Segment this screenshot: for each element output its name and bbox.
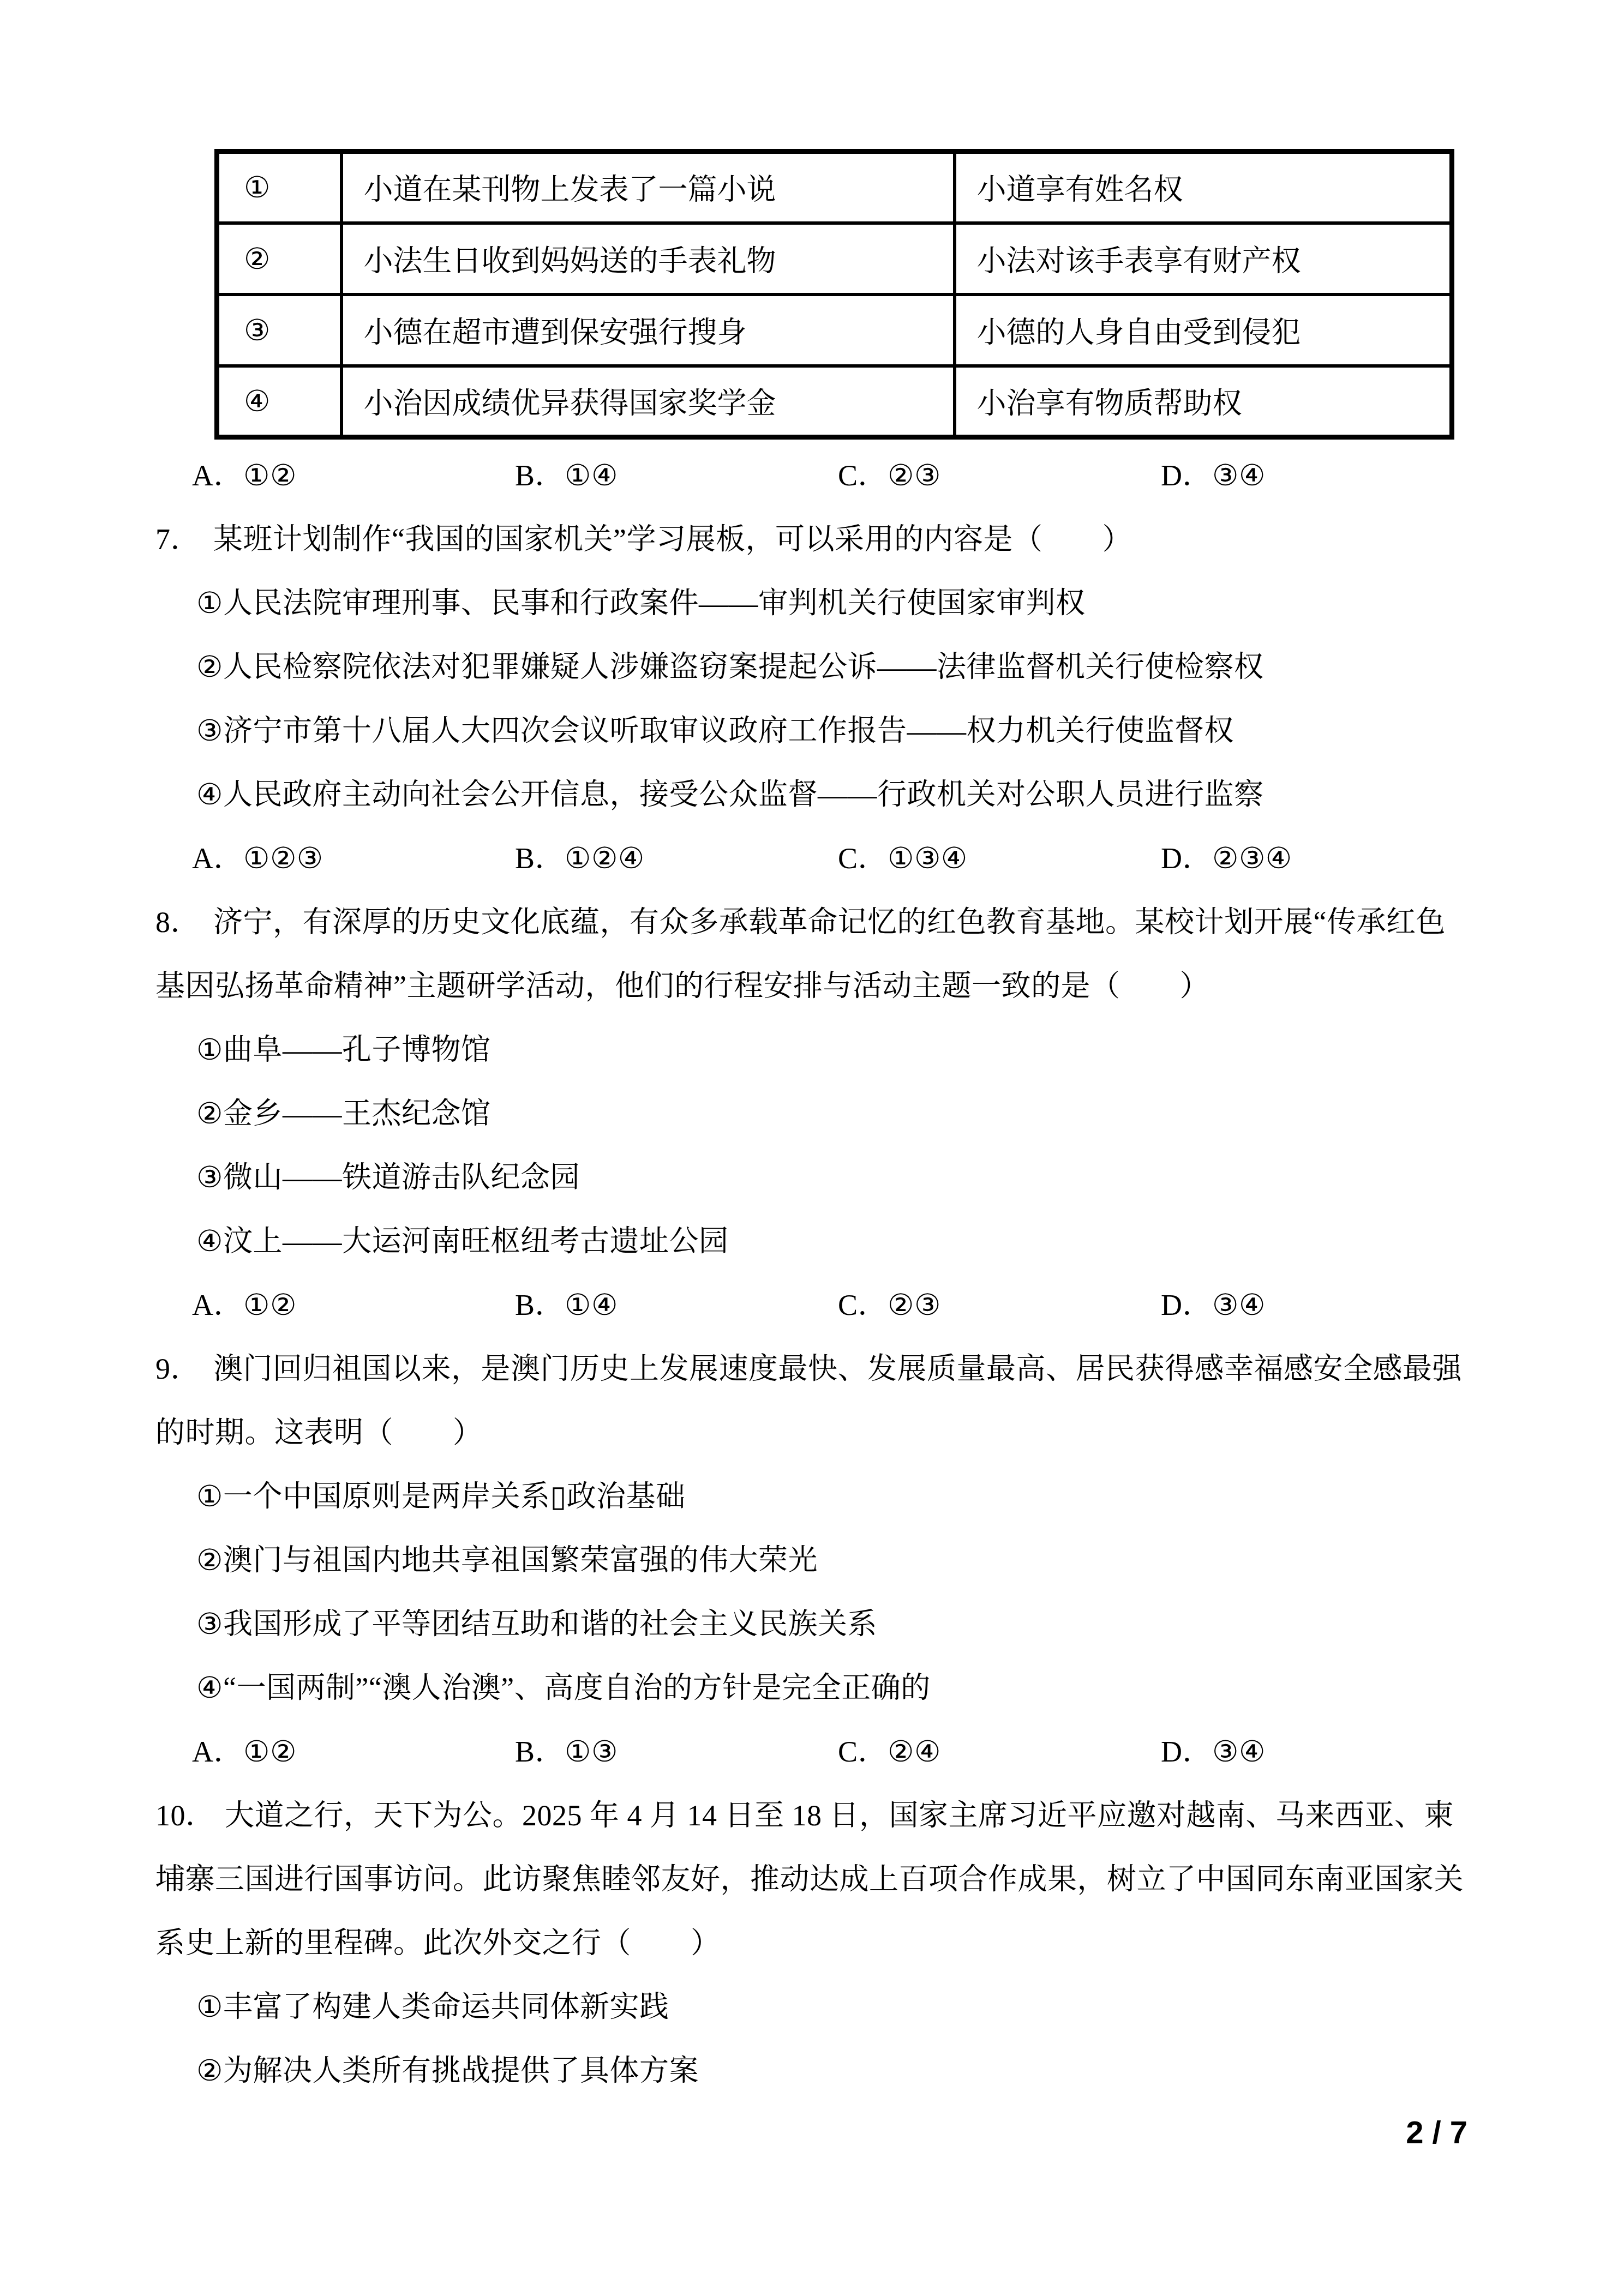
question-10-number: 10． xyxy=(155,1784,225,1847)
question-9-item-3: ③我国形成了平等团结互助和谐的社会主义民族关系 xyxy=(196,1592,877,1656)
option-c: C．②③ xyxy=(838,444,1161,507)
option-d: D．③④ xyxy=(1161,444,1266,507)
option-b: B．①④ xyxy=(515,444,838,507)
option-a: A．①② xyxy=(192,444,515,507)
question-9-stem-text: 澳门回归祖国以来，是澳门历史上发展速度最快、发展质量最高、居民获得感幸福感安全感… xyxy=(213,1353,1462,1385)
option-d: D．③④ xyxy=(1161,1273,1266,1337)
question-7-item-2: ②人民检察院依法对犯罪嫌疑人涉嫌盗窃案提起公诉——法律监督机关行使检察权 xyxy=(196,635,1263,699)
judgment-cell: 小道享有姓名权 xyxy=(955,152,1452,223)
question-9-item-1: ①一个中国原则是两岸关系▯政治基础 xyxy=(196,1465,686,1528)
table-row: ③ 小德在超市遭到保安强行搜身 小德的人身自由受到侵犯 xyxy=(217,294,1452,366)
question-8-item-2: ②金乡——王杰纪念馆 xyxy=(196,1082,490,1145)
option-a: A．①②③ xyxy=(192,827,515,890)
question-8-stem-line-2: 基因弘扬革命精神”主题研学活动，他们的行程安排与活动主题一致的是（ ） xyxy=(155,954,1209,1018)
page-number: 2 / 7 xyxy=(1406,2114,1467,2151)
question-9-item-2: ②澳门与祖国内地共享祖国繁荣富强的伟大荣光 xyxy=(196,1529,818,1592)
options-row-q7: A．①②③B．①②④C．①③④D．②③④ xyxy=(192,827,1292,890)
exam-document-page: ① 小道在某刊物上发表了一篇小说 小道享有姓名权 ② 小法生日收到妈妈送的手表礼… xyxy=(0,0,1624,2296)
rights-matching-table: ① 小道在某刊物上发表了一篇小说 小道享有姓名权 ② 小法生日收到妈妈送的手表礼… xyxy=(214,149,1454,440)
question-10-stem-line-3: 系史上新的里程碑。此次外交之行（ ） xyxy=(155,1912,721,1975)
scenario-cell: 小道在某刊物上发表了一篇小说 xyxy=(341,152,955,223)
question-10-item-2: ②为解决人类所有挑战提供了具体方案 xyxy=(196,2039,699,2102)
judgment-cell: 小法对该手表享有财产权 xyxy=(955,223,1452,294)
question-8-number: 8． xyxy=(155,891,213,954)
question-8-item-3: ③微山——铁道游击队纪念园 xyxy=(196,1146,580,1209)
question-7-item-3: ③济宁市第十八届人大四次会议听取审议政府工作报告——权力机关行使监督权 xyxy=(196,699,1234,762)
option-c: C．②③ xyxy=(838,1273,1161,1337)
question-9-number: 9． xyxy=(155,1337,213,1401)
page-content: ① 小道在某刊物上发表了一篇小说 小道享有姓名权 ② 小法生日收到妈妈送的手表礼… xyxy=(155,0,1476,2296)
scenario-cell: 小法生日收到妈妈送的手表礼物 xyxy=(341,223,955,294)
question-7-item-1: ①人民法院审理刑事、民事和行政案件——审判机关行使国家审判权 xyxy=(196,572,1085,635)
table-row: ① 小道在某刊物上发表了一篇小说 小道享有姓名权 xyxy=(217,152,1452,223)
option-b: B．①②④ xyxy=(515,827,838,890)
option-c: C．①③④ xyxy=(838,827,1161,890)
question-7-stem-text: 某班计划制作“我国的国家机关”学习展板，可以采用的内容是（ ） xyxy=(213,523,1132,556)
option-b: B．①③ xyxy=(515,1720,838,1783)
question-10-stem-text: 大道之行，天下为公。2025 年 4 月 14 日至 18 日，国家主席习近平应… xyxy=(225,1799,1454,1832)
options-row-q6: A．①②B．①④C．②③D．③④ xyxy=(192,444,1266,507)
question-9-item-4: ④“一国两制”“澳人治澳”、高度自治的方针是完全正确的 xyxy=(196,1656,931,1720)
question-8-item-4: ④汶上——大运河南旺枢纽考古遗址公园 xyxy=(196,1210,728,1273)
row-number-cell: ① xyxy=(217,152,341,223)
question-8-stem-line-1: 8．济宁，有深厚的历史文化底蕴，有众多承载革命记忆的红色教育基地。某校计划开展“… xyxy=(155,891,1446,954)
scenario-cell: 小治因成绩优异获得国家奖学金 xyxy=(341,366,955,437)
question-7-item-4: ④人民政府主动向社会公开信息，接受公众监督——行政机关对公职人员进行监察 xyxy=(196,763,1263,826)
question-10-item-1: ①丰富了构建人类命运共同体新实践 xyxy=(196,1975,669,2039)
judgment-cell: 小治享有物质帮助权 xyxy=(955,366,1452,437)
table-row: ② 小法生日收到妈妈送的手表礼物 小法对该手表享有财产权 xyxy=(217,223,1452,294)
row-number-cell: ④ xyxy=(217,366,341,437)
question-10-stem-line-1: 10．大道之行，天下为公。2025 年 4 月 14 日至 18 日，国家主席习… xyxy=(155,1784,1454,1847)
row-number-cell: ③ xyxy=(217,294,341,366)
option-d: D．③④ xyxy=(1161,1720,1266,1783)
option-c: C．②④ xyxy=(838,1720,1161,1783)
question-9-stem-line-1: 9．澳门回归祖国以来，是澳门历史上发展速度最快、发展质量最高、居民获得感幸福感安… xyxy=(155,1337,1462,1401)
question-10-stem-line-2: 埔寨三国进行国事访问。此访聚焦睦邻友好，推动达成上百项合作成果，树立了中国同东南… xyxy=(155,1848,1464,1911)
option-d: D．②③④ xyxy=(1161,827,1292,890)
option-a: A．①② xyxy=(192,1273,515,1337)
options-row-q8: A．①②B．①④C．②③D．③④ xyxy=(192,1273,1266,1337)
judgment-cell: 小德的人身自由受到侵犯 xyxy=(955,294,1452,366)
question-7-number: 7． xyxy=(155,508,213,571)
question-7-stem: 7．某班计划制作“我国的国家机关”学习展板，可以采用的内容是（ ） xyxy=(155,508,1132,571)
question-9-stem-line-2: 的时期。这表明（ ） xyxy=(155,1401,483,1464)
options-row-q9: A．①②B．①③C．②④D．③④ xyxy=(192,1720,1266,1783)
table-row: ④ 小治因成绩优异获得国家奖学金 小治享有物质帮助权 xyxy=(217,366,1452,437)
question-8-stem-text: 济宁，有深厚的历史文化底蕴，有众多承载革命记忆的红色教育基地。某校计划开展“传承… xyxy=(213,906,1446,939)
option-a: A．①② xyxy=(192,1720,515,1783)
scenario-cell: 小德在超市遭到保安强行搜身 xyxy=(341,294,955,366)
option-b: B．①④ xyxy=(515,1273,838,1337)
question-8-item-1: ①曲阜——孔子博物馆 xyxy=(196,1018,490,1081)
row-number-cell: ② xyxy=(217,223,341,294)
